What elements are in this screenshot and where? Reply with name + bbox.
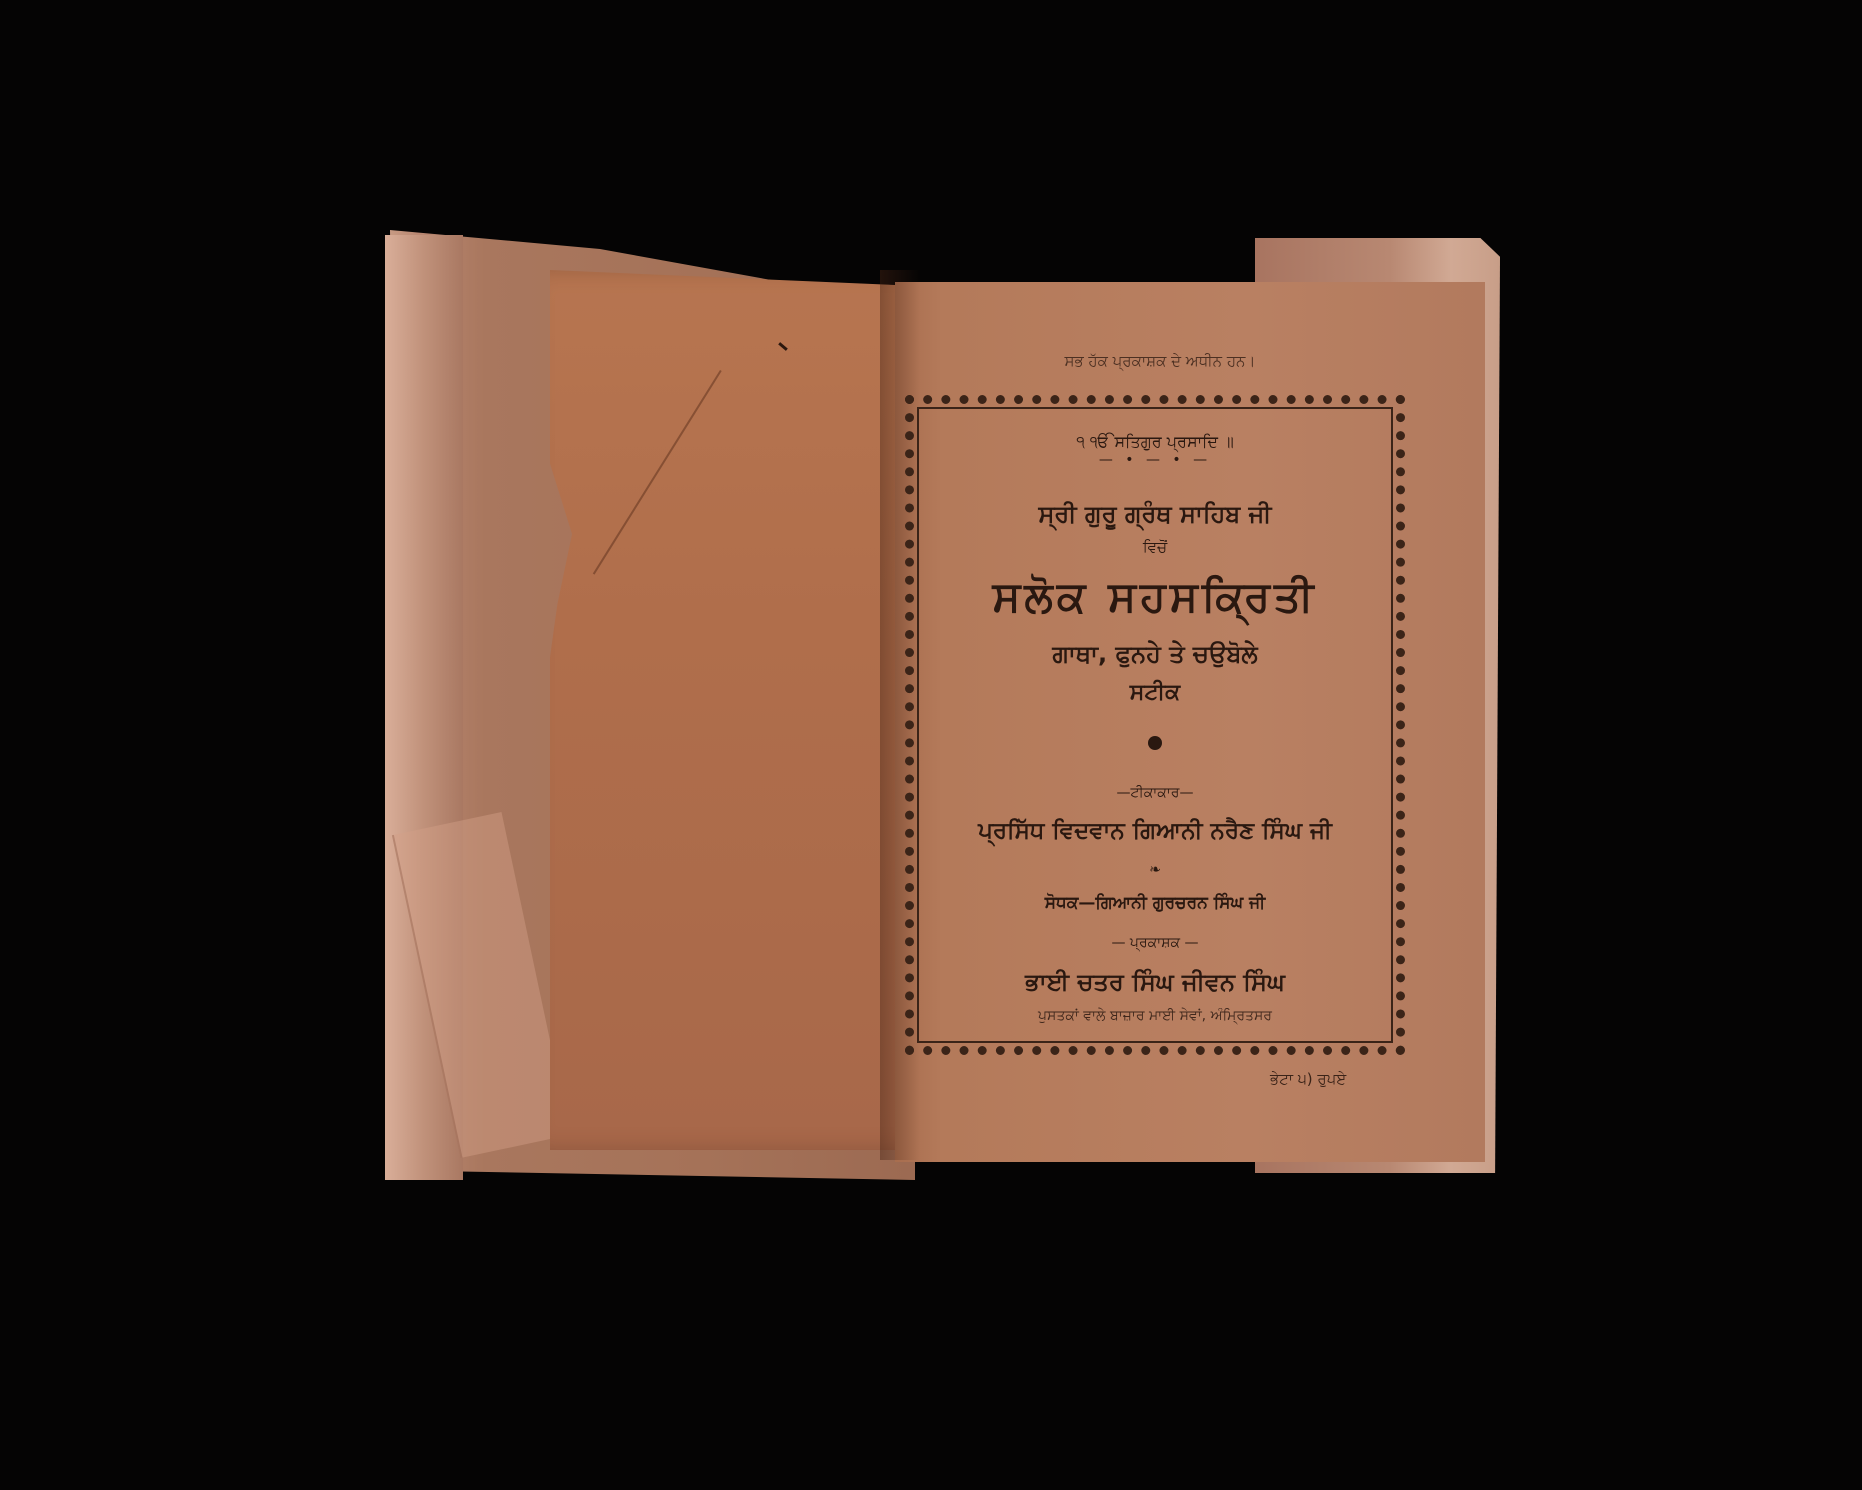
commentator-label: —ਟੀਕਾਕਾਰ— <box>905 785 1405 801</box>
invocation: ੧ ੴ ਸਤਿਗੁਰ ਪ੍ਰਸਾਦਿ ॥ <box>905 432 1405 452</box>
annotation-word: ਸਟੀਕ <box>905 680 1405 705</box>
publisher-name: ਭਾਈ ਚਤਰ ਸਿੰਘ ਜੀਵਨ ਸਿੰਘ <box>905 968 1405 996</box>
price-line: ਭੇਟਾ ੫) ਰੁਪਏ <box>1270 1070 1346 1088</box>
from-word: ਵਿਚੋਂ <box>905 538 1405 556</box>
subtitle: ਗਾਥਾ, ਫੁਨਹੇ ਤੇ ਚਉਬੋਲੇ <box>905 640 1405 668</box>
rosette-ornament <box>905 735 1405 754</box>
commentator-name: ਪ੍ਰਸਿੱਧ ਵਿਦਵਾਨ ਗਿਆਨੀ ਨਰੈਣ ਸਿੰਘ ਜੀ <box>905 818 1405 844</box>
editor-line: ਸੋਧਕ—ਗਿਆਨੀ ਗੁਰਚਰਨ ਸਿੰਘ ਜੀ <box>905 893 1405 913</box>
source-line: ਸ੍ਰੀ ਗੁਰੂ ਗ੍ਰੰਥ ਸਾਹਿਬ ਜੀ <box>905 500 1405 528</box>
main-title: ਸਲੋਕ ਸਹਸਕ੍ਰਿਤੀ <box>905 572 1405 622</box>
invocation-ornament: — • — • — <box>905 452 1405 468</box>
ornamental-border <box>905 395 1405 1055</box>
publisher-label: — ਪ੍ਰਕਾਸ਼ਕ — <box>905 935 1405 951</box>
rights-notice: ਸਭ ਹੱਕ ਪ੍ਰਕਾਸ਼ਕ ਦੇ ਅਧੀਨ ਹਨ। <box>990 352 1330 370</box>
divider-ornament: ❧ <box>905 862 1405 878</box>
publisher-address: ਪੁਸਤਕਾਂ ਵਾਲੇ ਬਾਜ਼ਾਰ ਮਾਈ ਸੇਵਾਂ, ਅੰਮ੍ਰਿਤਸਰ <box>905 1008 1405 1024</box>
